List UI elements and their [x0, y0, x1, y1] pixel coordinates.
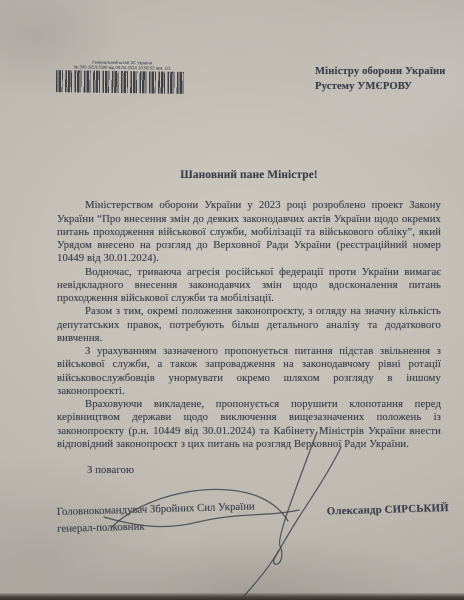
- paragraph-1: Міністерством оборони України у 2023 роц…: [57, 199, 441, 265]
- salutation: Шановний пане Міністре!: [57, 169, 441, 182]
- barcode: [56, 70, 184, 94]
- registration-stamp: Генеральний штаб ЗС України № 300-1/С/17…: [56, 59, 188, 94]
- paragraph-2: Водночас, триваюча агресія російської фе…: [57, 266, 441, 306]
- paragraph-4: З урахуванням зазначеного пропонується п…: [57, 345, 441, 398]
- signoff-name: Олександр СИРСЬКИЙ: [327, 500, 449, 520]
- stamp-text: Генеральний штаб ЗС України № 300-1/С/17…: [56, 59, 188, 71]
- addressee-line1: Міністру оборони України: [315, 64, 455, 79]
- photo-bottom-edge: [0, 593, 464, 600]
- signoff-position: Головнокомандувач Збройних Сил України г…: [57, 497, 308, 538]
- paragraph-3: Разом з тим, окремі положення законопроє…: [57, 305, 441, 345]
- signoff-block: Головнокомандувач Збройних Сил України г…: [57, 493, 450, 538]
- document-photo: Генеральний штаб ЗС України № 300-1/С/17…: [0, 0, 464, 600]
- closing: З повагою: [57, 464, 441, 477]
- letter-body: Шановний пане Міністре! Міністерством об…: [57, 169, 441, 477]
- addressee-line2: Рустему УМЄРОВУ: [315, 79, 455, 94]
- paragraph-5: Враховуючи викладене, пропонується поруш…: [57, 398, 441, 451]
- addressee-block: Міністру оборони України Рустему УМЄРОВУ: [315, 64, 455, 94]
